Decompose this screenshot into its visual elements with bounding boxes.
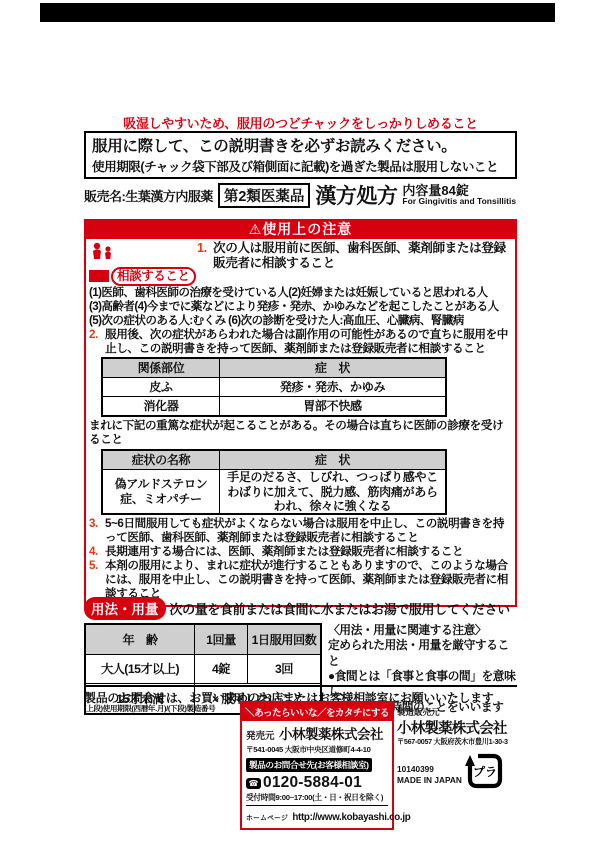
recycle-mark-text: プラ xyxy=(473,764,497,779)
table-cell: 大人(15才以上) xyxy=(85,654,195,684)
item-text: 長期連用する場合には、医師、薬剤師または登録販売者に相談すること xyxy=(105,545,512,559)
product-code: 10140399 xyxy=(397,764,462,775)
table-header-cell: 症状の名称 xyxy=(102,450,220,470)
table-row: 消化器 胃部不快感 xyxy=(102,397,446,417)
top-black-bar xyxy=(40,3,555,22)
dosage-instruction: 次の量を食前または食間に水またはお湯で服用してください xyxy=(170,599,510,618)
product-title-row: 販売名:生葉漢方内服薬 第2類医薬品 漢方処方 内容量84錠 For Gingi… xyxy=(84,180,517,210)
precautions-section: ⚠使用上の注意 相談すること 1. 次の人は服用前に医師、歯科医師、薬剤師または… xyxy=(84,219,517,607)
item-number: 2. xyxy=(89,328,105,356)
table-header-cell: 症 状 xyxy=(220,358,447,378)
precaution-item-1: 1. 次の人は服用前に医師、歯科医師、薬剤師または登録販売者に相談すること xyxy=(197,241,512,286)
precaution-item-4: 4. 長期連用する場合には、医師、薬剤師または登録販売者に相談すること xyxy=(89,545,512,559)
contact-badge: 製品のお問合せ先(お客様相談室) xyxy=(246,758,372,772)
item1-subline-1: (1)医師、歯科医師の治療を受けている人(2)妊婦または妊娠していると思われる人 xyxy=(89,286,512,300)
item-number: 1. xyxy=(197,241,213,286)
seller-label: 発売元 xyxy=(246,731,275,742)
content-amount-block: 内容量84錠 For Gingivitis and Tonsillitis xyxy=(402,184,516,207)
freedial-icon: ☎ xyxy=(246,778,261,789)
table-cell: 4錠 xyxy=(195,654,248,684)
read-note-line1: 服用に際して、この説明書きを必ずお読みください。 xyxy=(92,134,509,156)
table-cell: 手足のだるさ、しびれ、つっぱり感やこわばりに加えて、脱力感、筋肉痛があらわれ、徐… xyxy=(220,470,447,515)
table-header-cell: 1回量 xyxy=(195,624,248,654)
manufacturer-address: 〒567-0057 大阪府茨木市豊川1-30-3 xyxy=(397,738,537,746)
consult-label-block: 相談すること xyxy=(89,241,197,286)
table-header-cell: 年 齢 xyxy=(85,624,195,654)
item-text: 5~6日間服用しても症状がよくならない場合は服用を中止し、この説明書きを持って医… xyxy=(105,517,512,545)
moisture-warning-note: 吸湿しやすいため、服用のつどチャックをしっかりしめること xyxy=(84,113,517,132)
item-text: 本剤の服用により、まれに症状が進行することもありますので、このような場合には、服… xyxy=(105,559,512,601)
rare-symptom-note: まれに下記の重篤な症状が起こることがある。その場合は直ちに医師の診療を受けること xyxy=(89,419,512,447)
dosage-header-row: 用法・用量 次の量を食前または食間に水またはお湯で服用してください xyxy=(84,597,517,620)
read-instructions-box: 服用に際して、この説明書きを必ずお読みください。 使用期限(チャック袋下部及び箱… xyxy=(84,131,517,179)
dosage-label-badge: 用法・用量 xyxy=(84,597,166,620)
red-square-marker xyxy=(89,270,109,282)
item1-subline-2: (3)高齢者(4)今までに薬などにより発疹・発赤、かゆみなどを起こしたことがある… xyxy=(89,300,512,314)
drug-class-badge: 第2類医薬品 xyxy=(218,183,311,208)
phone-row: ☎ 0120-5884-01 xyxy=(246,774,388,792)
serious-symptoms-table: 症状の名称 症 状 偽アルドステロン症、ミオパチー 手足のだるさ、しびれ、つっぱ… xyxy=(101,449,447,515)
item-number: 3. xyxy=(89,517,105,545)
table-row: 皮ふ 発疹・発赤、かゆみ xyxy=(102,378,446,397)
precaution-item-2: 2. 服用後、次の症状があらわれた場合は副作用の可能性があるので直ちに服用を中止… xyxy=(89,328,512,356)
item1-subline-3: (5)次の症状のある人:むくみ (6)次の診断を受けた人:高血圧、心臓病、腎臓病 xyxy=(89,314,512,328)
consult-row: 相談すること 1. 次の人は服用前に医師、歯科医師、薬剤師または登録販売者に相談… xyxy=(89,241,512,286)
read-note-line2: 使用期限(チャック袋下部及び箱側面に記載)を過ぎた製品は服用しないこと xyxy=(92,156,509,175)
customer-contact-box: ＼あったらいいな／をカタチにする 発売元 小林製薬株式会社 〒541-0045 … xyxy=(240,701,394,830)
content-amount: 内容量84錠 xyxy=(402,184,516,198)
precaution-item-5: 5. 本剤の服用により、まれに症状が進行することもありますので、このような場合に… xyxy=(89,559,512,601)
table-cell: 胃部不快感 xyxy=(220,397,447,417)
kampo-label: 漢方処方 xyxy=(315,180,397,210)
phone-number: 0120-5884-01 xyxy=(263,774,362,792)
precaution-item-3: 3. 5~6日間服用しても症状がよくならない場合は服用を中止し、この説明書きを持… xyxy=(89,517,512,545)
table-header-cell: 1日服用回数 xyxy=(248,624,322,654)
seller-address: 〒541-0045 大阪市中央区道修町4-4-10 xyxy=(246,744,388,755)
side-effects-table: 関係部位 症 状 皮ふ 発疹・発赤、かゆみ 消化器 胃部不快感 xyxy=(101,357,447,417)
seller-row: 発売元 小林製薬株式会社 xyxy=(246,723,388,744)
content-amount-en: For Gingivitis and Tonsillitis xyxy=(402,197,516,206)
lot-number-note: (上段)使用期限(西暦年.月)/(下段)製造番号 xyxy=(84,703,236,714)
consult-label: 相談すること xyxy=(111,267,196,286)
table-cell: 偽アルドステロン症、ミオパチー xyxy=(102,470,220,515)
manufacturer-company: 小林製薬株式会社 xyxy=(397,721,507,737)
item-number: 5. xyxy=(89,559,105,601)
homepage-url: http://www.kobayashi.co.jp xyxy=(292,812,410,823)
table-row: 大人(15才以上) 4錠 3回 xyxy=(85,654,321,684)
precautions-header: ⚠使用上の注意 xyxy=(86,219,515,239)
product-code-block: 10140399 MADE IN JAPAN xyxy=(397,764,462,786)
table-row: 偽アルドステロン症、ミオパチー 手足のだるさ、しびれ、つっぱり感やこわばりに加え… xyxy=(102,470,446,515)
table-cell: 発疹・発赤、かゆみ xyxy=(220,378,447,397)
table-cell: 皮ふ xyxy=(102,378,220,397)
plastic-recycle-icon: プラ xyxy=(465,750,505,797)
table-cell: 消化器 xyxy=(102,397,220,417)
made-in-label: MADE IN JAPAN xyxy=(397,775,462,786)
seller-company: 小林製薬株式会社 xyxy=(279,727,383,742)
item-text: 次の人は服用前に医師、歯科医師、薬剤師または登録販売者に相談すること xyxy=(213,241,512,286)
product-name: 販売名:生葉漢方内服薬 xyxy=(84,186,213,205)
manufacturer-block: 製造販売元小林製薬株式会社 〒567-0057 大阪府茨木市豊川1-30-3 xyxy=(397,702,537,745)
item-text: 服用後、次の症状があらわれた場合は副作用の可能性があるので直ちに服用を中止し、こ… xyxy=(105,328,512,356)
phone-hours: 受付時間9:00~17:00(土・日・祝日を除く) xyxy=(246,792,388,803)
table-cell: 3回 xyxy=(248,654,322,684)
precautions-header-text: 使用上の注意 xyxy=(262,221,352,237)
brand-slogan: ＼あったらいいな／をカタチにする xyxy=(242,703,392,721)
item-number: 4. xyxy=(89,545,105,559)
table-header-cell: 症 状 xyxy=(220,450,447,470)
manufacturer-label: 製造販売元 xyxy=(397,707,440,717)
dosage-note-1: 定められた用法・用量を厳守すること xyxy=(328,638,517,669)
homepage-label: ホームページ xyxy=(246,815,288,822)
table-header-cell: 関係部位 xyxy=(102,358,220,378)
dosage-note-title: 〈用法・用量に関連する注意〉 xyxy=(328,623,517,638)
warning-triangle-icon: ⚠ xyxy=(249,221,263,237)
consult-pictogram-icon xyxy=(89,242,115,263)
homepage-row: ホームページ http://www.kobayashi.co.jp xyxy=(246,805,388,825)
